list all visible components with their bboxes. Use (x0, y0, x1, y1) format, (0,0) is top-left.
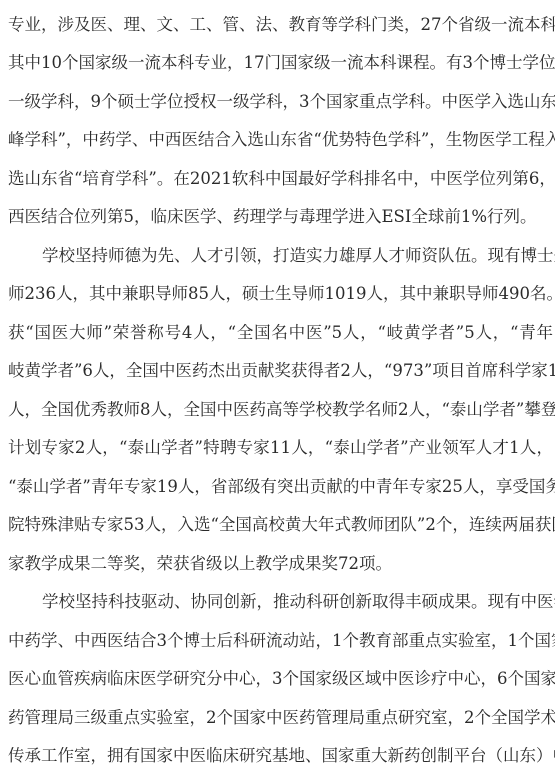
text-line: 西医结合位列第5，临床医学、药理学与毒理学进入ESI全球前1%行列。 (8, 205, 553, 229)
text-line: 岐黄学者”6人，全国中医药杰出贡献奖获得者2人，“973”项目首席科学家1 (8, 359, 553, 383)
text-line: 选山东省“培育学科”。在2021软科中国最好学科排名中，中医学位列第6，中 (8, 167, 553, 191)
text-line: 中药学、中西医结合3个博士后科研流动站，1个教育部重点实验室，1个国家中 (8, 629, 553, 653)
text-line: 传承工作室，拥有国家中医临床研究基地、国家重大新药创制平台（山东）中药 (8, 744, 553, 768)
text-line: 院特殊津贴专家53人，入选“全国高校黄大年式教师团队”2个，连续两届获国 (8, 513, 553, 537)
text-line: 药管理局三级重点实验室，2个国家中医药管理局重点研究室，2个全国学术流派 (8, 706, 553, 730)
text-line: 获“国医大师”荣誉称号4人，“全国名中医”5人，“岐黄学者”5人，“青年 (8, 321, 553, 345)
text-line: 计划专家2人，“泰山学者”特聘专家11人，“泰山学者”产业领军人才1人， (8, 436, 553, 460)
text-line: 专业，涉及医、理、文、工、管、法、教育等学科门类，27个省级一流本科专业， (8, 13, 553, 37)
text-line: “泰山学者”青年专家19人，省部级有突出贡献的中青年专家25人，享受国务 (8, 475, 553, 499)
text-line: 师236人，其中兼职导师85人，硕士生导师1019人，其中兼职导师490名。荣 (8, 282, 553, 306)
text-line: 家教学成果二等奖，荣获省级以上教学成果奖72项。 (8, 552, 553, 576)
text-line: 其中10个国家级一流本科专业，17门国家级一流本科课程。有3个博士学位授权 (8, 51, 553, 75)
text-line: 人，全国优秀教师8人，全国中医药高等学校教学名师2人，“泰山学者”攀登 (8, 398, 553, 422)
paragraph-first-line: 学校坚持师德为先、人才引领，打造实力雄厚人才师资队伍。现有博士生导 (42, 244, 553, 268)
text-line: 一级学科，9个硕士学位授权一级学科，3个国家重点学科。中医学入选山东省“高 (8, 90, 553, 114)
text-line: 医心血管疾病临床医学研究分中心，3个国家级区域中医诊疗中心，6个国家中医 (8, 667, 553, 691)
paragraph-first-line: 学校坚持科技驱动、协同创新，推动科研创新取得丰硕成果。现有中医学、 (42, 590, 553, 614)
text-line: 峰学科”，中药学、中西医结合入选山东省“优势特色学科”，生物医学工程入 (8, 128, 553, 152)
